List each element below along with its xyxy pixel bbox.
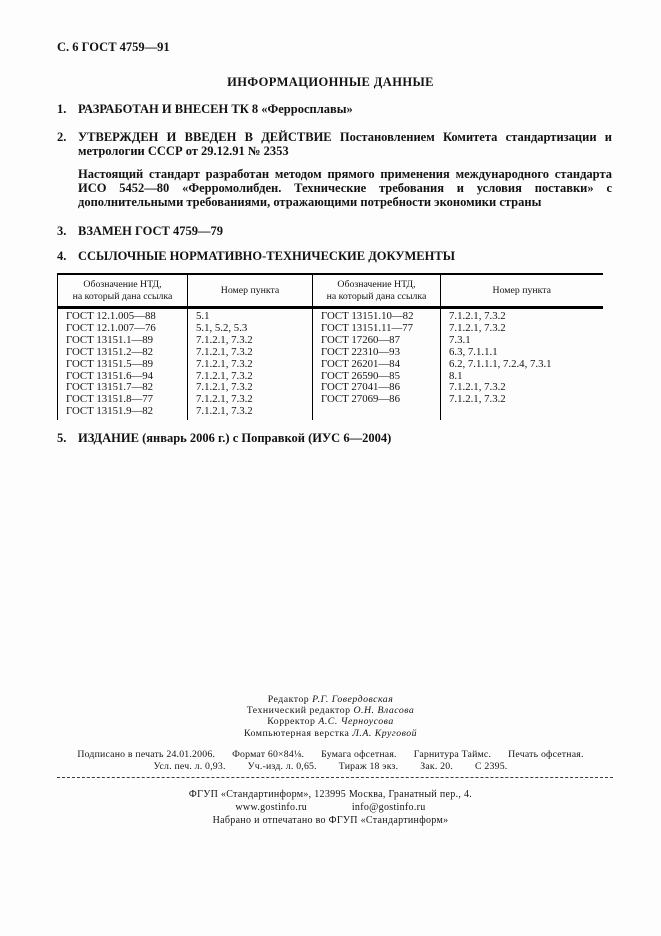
clause-number-cell: 7.1.2.1, 7.3.2 bbox=[188, 335, 313, 347]
table-row: ГОСТ 13151.5—897.1.2.1, 7.3.2ГОСТ 26201—… bbox=[58, 359, 603, 371]
clause-number-cell: 8.1 bbox=[441, 371, 603, 383]
table-row: ГОСТ 13151.6—947.1.2.1, 7.3.2ГОСТ 26590—… bbox=[58, 371, 603, 383]
clause-text: ИЗДАНИЕ (январь 2006 г.) с Поправкой (ИУ… bbox=[78, 431, 391, 445]
ntd-designation-cell: ГОСТ 12.1.005—88 bbox=[58, 308, 188, 323]
table-row: ГОСТ 13151.8—777.1.2.1, 7.3.2ГОСТ 27069—… bbox=[58, 394, 603, 406]
imprint-typeface: Гарнитура Таймс. bbox=[414, 749, 491, 761]
page-header: С. 6 ГОСТ 4759—91 bbox=[57, 40, 170, 55]
imprint-line-1: Подписано в печать 24.01.2006. Формат 60… bbox=[0, 749, 661, 761]
printed-by-line: Набрано и отпечатано во ФГУП «Стандартин… bbox=[0, 815, 661, 828]
col-header-ntd-designation: Обозначение НТД, на который дана ссылка bbox=[58, 274, 188, 308]
ntd-designation-cell: ГОСТ 17260—87 bbox=[313, 335, 441, 347]
clause-number-cell: 5.1, 5.2, 5.3 bbox=[188, 323, 313, 335]
imprint-printed-sheets: Усл. печ. л. 0,93. bbox=[154, 761, 226, 773]
publisher-address: ФГУП «Стандартинформ», 123995 Москва, Гр… bbox=[0, 789, 661, 802]
credit-role: Корректор bbox=[267, 716, 315, 727]
clause-text: РАЗРАБОТАН И ВНЕСЕН ТК 8 «Ферросплавы» bbox=[78, 102, 353, 116]
col-header-clause-number: Номер пункта bbox=[441, 274, 603, 308]
ntd-designation-cell: ГОСТ 27069—86 bbox=[313, 394, 441, 406]
col-header-clause-number: Номер пункта bbox=[188, 274, 313, 308]
table-row: ГОСТ 12.1.007—765.1, 5.2, 5.3ГОСТ 13151.… bbox=[58, 323, 603, 335]
credit-name: Л.А. Круговой bbox=[352, 728, 417, 739]
imprint-signed-date: Подписано в печать 24.01.2006. bbox=[77, 749, 215, 761]
credit-role: Технический редактор bbox=[247, 705, 351, 716]
clause-2: 2. УТВЕРЖДЕН И ВВЕДЕН В ДЕЙСТВИЕ Постано… bbox=[57, 131, 612, 159]
ntd-designation-cell: ГОСТ 13151.11—77 bbox=[313, 323, 441, 335]
table-row: ГОСТ 12.1.005—885.1ГОСТ 13151.10—827.1.2… bbox=[58, 308, 603, 323]
ntd-designation-cell: ГОСТ 26590—85 bbox=[313, 371, 441, 383]
ntd-designation-cell: ГОСТ 13151.8—77 bbox=[58, 394, 188, 406]
ntd-designation-cell: ГОСТ 13151.7—82 bbox=[58, 382, 188, 394]
table-row: ГОСТ 13151.7—827.1.2.1, 7.3.2ГОСТ 27041—… bbox=[58, 382, 603, 394]
clause-number: 1. bbox=[57, 103, 66, 117]
document-page: С. 6 ГОСТ 4759—91 ИНФОРМАЦИОННЫЕ ДАННЫЕ … bbox=[0, 0, 661, 936]
imprint-circulation: Тираж 18 экз. bbox=[339, 761, 398, 773]
clause-text: ВЗАМЕН ГОСТ 4759—79 bbox=[78, 224, 223, 238]
clause-number-cell: 7.1.2.1, 7.3.2 bbox=[188, 371, 313, 383]
clause-number: 5. bbox=[57, 432, 66, 446]
clause-number: 4. bbox=[57, 250, 66, 264]
ntd-designation-cell: ГОСТ 13151.9—82 bbox=[58, 406, 188, 420]
dashed-divider bbox=[57, 777, 613, 778]
col-header-ntd-designation: Обозначение НТД, на который дана ссылка bbox=[313, 274, 441, 308]
clause-number-cell bbox=[441, 406, 603, 420]
credit-name: О.Н. Власова bbox=[353, 705, 414, 716]
clause-number-cell: 7.1.2.1, 7.3.2 bbox=[441, 382, 603, 394]
table-row: ГОСТ 13151.1—897.1.2.1, 7.3.2ГОСТ 17260—… bbox=[58, 335, 603, 347]
application-note: Настоящий стандарт разработан методом пр… bbox=[78, 168, 612, 210]
ntd-designation-cell: ГОСТ 13151.6—94 bbox=[58, 371, 188, 383]
credit-proofreader: Корректор А.С. Черноусова bbox=[0, 716, 661, 727]
imprint-format: Формат 60×84⅛. bbox=[232, 749, 304, 761]
clause-number-cell: 7.1.2.1, 7.3.2 bbox=[441, 308, 603, 323]
clause-number-cell: 7.1.2.1, 7.3.2 bbox=[188, 359, 313, 371]
ntd-designation-cell: ГОСТ 22310—93 bbox=[313, 347, 441, 359]
publisher-website: www.gostinfo.ru bbox=[235, 802, 307, 815]
table-header-row: Обозначение НТД, на который дана ссылка … bbox=[58, 274, 603, 308]
ntd-designation-cell: ГОСТ 26201—84 bbox=[313, 359, 441, 371]
clause-number: 3. bbox=[57, 225, 66, 239]
clause-3: 3. ВЗАМЕН ГОСТ 4759—79 bbox=[57, 225, 612, 239]
publisher-email: info@gostinfo.ru bbox=[352, 802, 426, 815]
page-title: ИНФОРМАЦИОННЫЕ ДАННЫЕ bbox=[0, 75, 661, 90]
imprint-paper: Бумага офсетная. bbox=[321, 749, 397, 761]
ntd-designation-cell: ГОСТ 13151.5—89 bbox=[58, 359, 188, 371]
clause-number-cell: 7.1.2.1, 7.3.2 bbox=[188, 347, 313, 359]
imprint-line-2: Усл. печ. л. 0,93. Уч.-изд. л. 0,65. Тир… bbox=[0, 761, 661, 773]
publisher-footer: ФГУП «Стандартинформ», 123995 Москва, Гр… bbox=[0, 789, 661, 827]
credit-name: А.С. Черноусова bbox=[318, 716, 393, 727]
credit-role: Компьютерная верстка bbox=[244, 728, 349, 739]
imprint-print-type: Печать офсетная. bbox=[508, 749, 584, 761]
credit-technical-editor: Технический редактор О.Н. Власова bbox=[0, 705, 661, 716]
ntd-designation-cell: ГОСТ 13151.2—82 bbox=[58, 347, 188, 359]
credit-layout: Компьютерная верстка Л.А. Круговой bbox=[0, 728, 661, 739]
clause-number-cell: 6.3, 7.1.1.1 bbox=[441, 347, 603, 359]
clause-number-cell: 7.1.2.1, 7.3.2 bbox=[188, 394, 313, 406]
table-row: ГОСТ 13151.2—827.1.2.1, 7.3.2ГОСТ 22310—… bbox=[58, 347, 603, 359]
credit-name: Р.Г. Говердовская bbox=[312, 694, 393, 705]
ref-table-header: Обозначение НТД, на который дана ссылка … bbox=[58, 274, 603, 308]
clause-number-cell: 7.1.2.1, 7.3.2 bbox=[441, 323, 603, 335]
imprint-order-number: Зак. 20. bbox=[420, 761, 453, 773]
imprint-code: С 2395. bbox=[475, 761, 507, 773]
ref-table-body: ГОСТ 12.1.005—885.1ГОСТ 13151.10—827.1.2… bbox=[58, 308, 603, 421]
ntd-designation-cell: ГОСТ 27041—86 bbox=[313, 382, 441, 394]
clause-1: 1. РАЗРАБОТАН И ВНЕСЕН ТК 8 «Ферросплавы… bbox=[57, 103, 612, 117]
credit-role: Редактор bbox=[268, 694, 309, 705]
ntd-designation-cell: ГОСТ 13151.1—89 bbox=[58, 335, 188, 347]
table-row: ГОСТ 13151.9—827.1.2.1, 7.3.2 bbox=[58, 406, 603, 420]
staff-credits: Редактор Р.Г. Говердовская Технический р… bbox=[0, 694, 661, 739]
ntd-designation-cell: ГОСТ 12.1.007—76 bbox=[58, 323, 188, 335]
clause-number-cell: 7.1.2.1, 7.3.2 bbox=[188, 382, 313, 394]
print-imprint: Подписано в печать 24.01.2006. Формат 60… bbox=[0, 749, 661, 772]
clause-number: 2. bbox=[57, 131, 66, 145]
clause-text: ССЫЛОЧНЫЕ НОРМАТИВНО-ТЕХНИЧЕСКИЕ ДОКУМЕН… bbox=[78, 249, 455, 263]
imprint-publisher-sheets: Уч.-изд. л. 0,65. bbox=[248, 761, 317, 773]
clause-number-cell: 5.1 bbox=[188, 308, 313, 323]
clause-number-cell: 7.1.2.1, 7.3.2 bbox=[188, 406, 313, 420]
publisher-contacts: www.gostinfo.ru info@gostinfo.ru bbox=[0, 802, 661, 815]
clause-4: 4. ССЫЛОЧНЫЕ НОРМАТИВНО-ТЕХНИЧЕСКИЕ ДОКУ… bbox=[57, 250, 612, 264]
clause-number-cell: 7.1.2.1, 7.3.2 bbox=[441, 394, 603, 406]
reference-documents-table: Обозначение НТД, на который дана ссылка … bbox=[57, 273, 603, 420]
clause-5: 5. ИЗДАНИЕ (январь 2006 г.) с Поправкой … bbox=[57, 432, 612, 446]
credit-editor: Редактор Р.Г. Говердовская bbox=[0, 694, 661, 705]
ntd-designation-cell bbox=[313, 406, 441, 420]
clause-number-cell: 7.3.1 bbox=[441, 335, 603, 347]
ntd-designation-cell: ГОСТ 13151.10—82 bbox=[313, 308, 441, 323]
clause-number-cell: 6.2, 7.1.1.1, 7.2.4, 7.3.1 bbox=[441, 359, 603, 371]
clause-text: УТВЕРЖДЕН И ВВЕДЕН В ДЕЙСТВИЕ Постановле… bbox=[78, 130, 612, 158]
